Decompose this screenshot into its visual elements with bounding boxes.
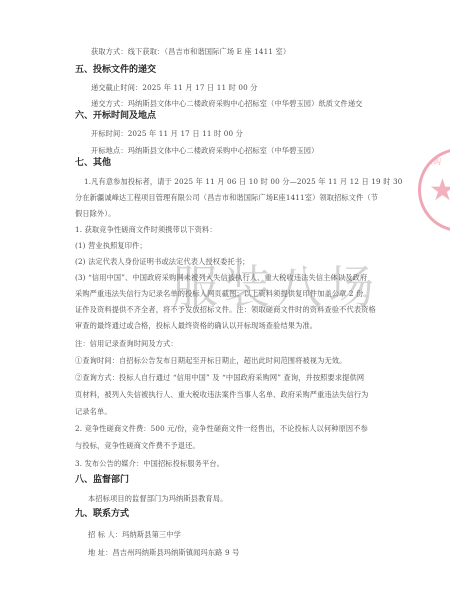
seal-text: 采购 <box>425 157 445 166</box>
materials-intro-text: 1. 获取竞争性磋商文件时须携带以下资料： <box>75 225 217 235</box>
material-1-text: (1) 营业执照复印件； <box>75 241 147 251</box>
note-2-line1: ②查询方式：投标人自行通过 “信用中国” 及 “中国政府采购网” 查询，并按照要… <box>75 373 364 383</box>
submission-deadline-text: 递交截止时间：2025 年 11 月 17 日 11 时 00 分 <box>91 83 258 93</box>
section-6-heading: 六、开标时间及地点 <box>75 110 156 122</box>
material-3-line1: (3) “信用中国”、中国政府采购网未被列入失信被执行人、重大税收违法失信主体以… <box>75 273 367 283</box>
note-2-line3: 记录名单。 <box>75 407 112 417</box>
fee-line2: 与投标，竞争性磋商文件费不予退还。 <box>75 441 200 451</box>
opening-time-text: 开标时间：2025 年 11 月 17 日 11 时 00 分 <box>91 129 243 139</box>
address-text: 地 址：昌吉州玛纳斯县玛纳斯镇闻玛东路 9 号 <box>88 548 239 558</box>
obtain-method-text: 获取方式：线下获取：（昌吉市和谐国际广场 E 座 1411 室） <box>91 47 290 57</box>
official-seal-stamp: 采购 ★ <box>418 148 450 232</box>
section-7-para1-line3: 假日除外）。 <box>75 209 115 219</box>
section-7-para1-line2: 分在新疆诚峰达工程项目管理有限公司（昌吉市和谐国际广场E座1411室）领取招标文… <box>75 193 378 203</box>
media-text: 3. 发布公告的媒介：中国招标投标服务平台。 <box>75 459 224 469</box>
tenderer-text: 招 标 人：玛纳斯县第三中学 <box>88 530 181 540</box>
note-2-line2: 页材料，被列入失信被执行人、重大税收违法案件当事人名单、政府采购严重违法失信行为 <box>75 390 369 400</box>
material-3-line4: 审查的最终通过或合格，投标人最终资格的确认以开标现场查验结果为准。 <box>75 321 317 331</box>
material-2-text: (2) 法定代表人身份证明书或法定代表人授权委托书； <box>75 257 250 267</box>
document-page: 获取方式：线下获取：（昌吉市和谐国际广场 E 座 1411 室） 五、投标文件的… <box>0 0 450 600</box>
section-9-heading: 九、联系方式 <box>75 508 129 520</box>
fee-line1: 2. 竞争性磋商文件费：500 元/份，竞争性磋商文件一经售出，不论投标人以何种… <box>75 424 368 434</box>
material-3-line2: 采购严重违法失信行为记录名单的投标人网页截图；以上资料须提供复印件加盖公章 2 … <box>75 289 371 299</box>
section-8-heading: 八、监督部门 <box>75 474 129 486</box>
submission-method-text: 递交方式：玛纳斯县文体中心二楼政府采购中心招标室（中华碧玉园）纸质文件递交 <box>91 99 363 109</box>
section-5-heading: 五、投标文件的递交 <box>75 64 156 76</box>
supervision-text: 本招标项目的监督部门为玛纳斯县教育局。 <box>88 494 227 504</box>
material-3-line3: 证件及资料提供不齐全者，将不予发放招标文件。注：领取磋商文件时的资料查验不代表资… <box>75 305 376 315</box>
section-7-heading: 七、其他 <box>75 157 111 169</box>
note-1-text: ①查询时间：自招标公告发布日期起至开标日期止，超出此时间范围将被视为无效。 <box>75 356 347 366</box>
opening-place-text: 开标地点：玛纳斯县文体中心二楼政府采购中心招标室（中华碧玉园） <box>91 146 318 156</box>
note-title-text: 注：信用记录查询时间及方式： <box>75 339 178 349</box>
section-7-para1-line1: 1.凡有意参加投标者，请于 2025 年 11 月 06 日 10 时 00 分… <box>84 177 402 187</box>
seal-star-icon: ★ <box>429 173 450 208</box>
